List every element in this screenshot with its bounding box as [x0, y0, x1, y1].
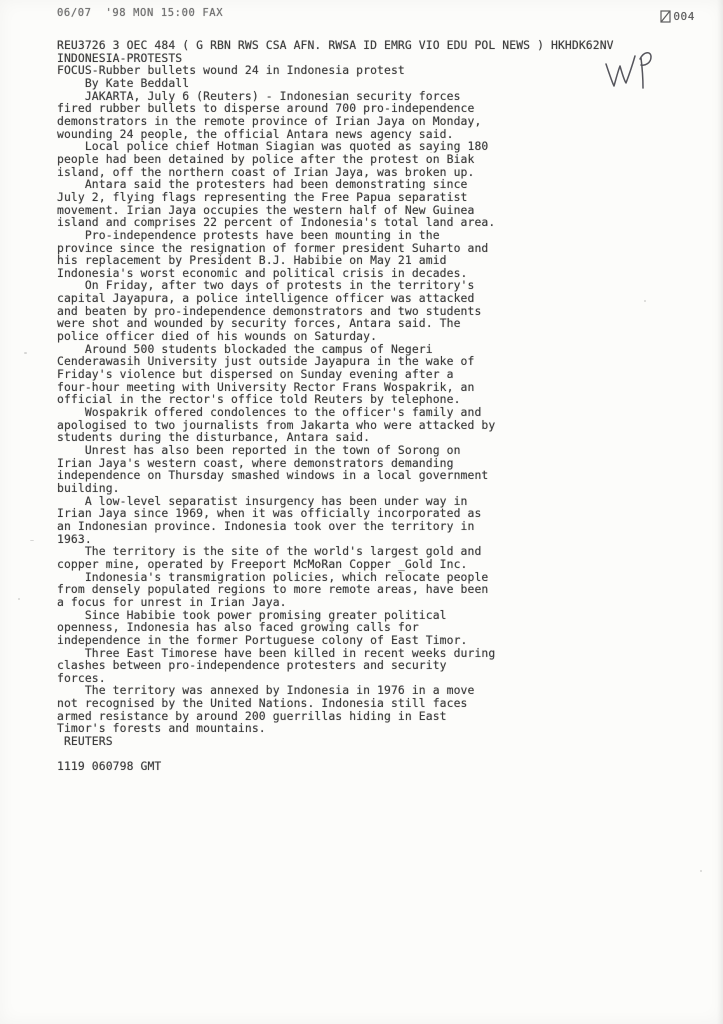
scan-speck — [644, 300, 646, 302]
handwritten-annotation-wp — [603, 48, 655, 96]
fax-page-icon — [660, 10, 671, 23]
fax-page-number: 004 — [673, 10, 695, 23]
fax-page: 06/07 '98 MON 15:00 FAX 004 REU3726 3 OE… — [0, 0, 723, 1024]
document-text: REU3726 3 OEC 484 ( G RBN RWS CSA AFN. R… — [57, 39, 614, 773]
scan-speck — [18, 598, 20, 600]
scan-speck — [24, 352, 27, 354]
fax-timestamp: 06/07 '98 MON 15:00 FAX — [57, 7, 223, 19]
scan-speck — [430, 152, 432, 153]
scan-speck — [700, 870, 702, 872]
fax-page-stamp: 004 — [660, 10, 695, 23]
scan-speck — [30, 540, 34, 541]
scan-edge-shadow — [717, 0, 723, 1024]
fax-header: 06/07 '98 MON 15:00 FAX 004 — [57, 10, 695, 26]
